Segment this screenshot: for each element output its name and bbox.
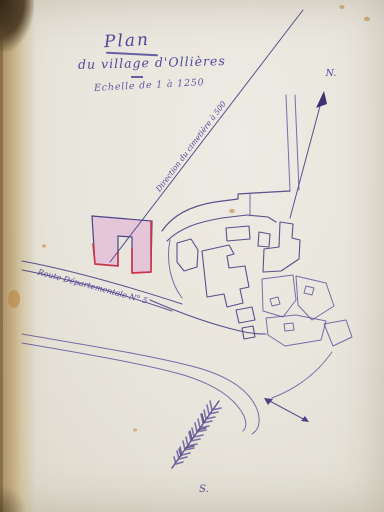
paper-stain (364, 17, 370, 21)
survey-arrow-line (266, 399, 307, 421)
north-arrow-line (290, 95, 323, 218)
building-outline (202, 245, 249, 307)
courtyard-wall (169, 240, 183, 298)
direction-line (110, 10, 303, 262)
paper-stain (42, 244, 46, 247)
survey-arrowhead (301, 416, 309, 422)
north-label: N. (325, 68, 337, 79)
parcel-outline (324, 320, 352, 346)
lower-street-outline (150, 300, 266, 334)
paper-stain (340, 5, 345, 9)
small-building (284, 323, 294, 331)
street-outline (167, 215, 276, 241)
paper-stain (229, 209, 235, 213)
scanned-plan-page: Plan du village d'Ollières Echelle de 1 … (0, 0, 384, 512)
building-outline (258, 232, 270, 247)
small-building (304, 286, 314, 295)
building-outline (177, 239, 198, 271)
building-outline (236, 307, 255, 323)
parcel-outline (262, 275, 296, 317)
parcel-outline (266, 315, 326, 346)
building-outline (226, 226, 250, 241)
road-edge (286, 95, 290, 191)
road-curve (272, 352, 332, 398)
paper-stain (8, 290, 20, 308)
route-line (22, 261, 182, 304)
north-arrowhead (316, 91, 327, 108)
map-drawing: Direction du cimetière à 500 N. Route Dé… (0, 0, 384, 512)
paper-stain (133, 429, 137, 432)
small-building (270, 297, 280, 306)
direction-label: Direction du cimetière à 500 (153, 99, 228, 194)
parcel-outline (296, 276, 334, 320)
street-outline (162, 191, 290, 231)
road-edge (295, 95, 299, 190)
south-label: S. (199, 484, 209, 495)
